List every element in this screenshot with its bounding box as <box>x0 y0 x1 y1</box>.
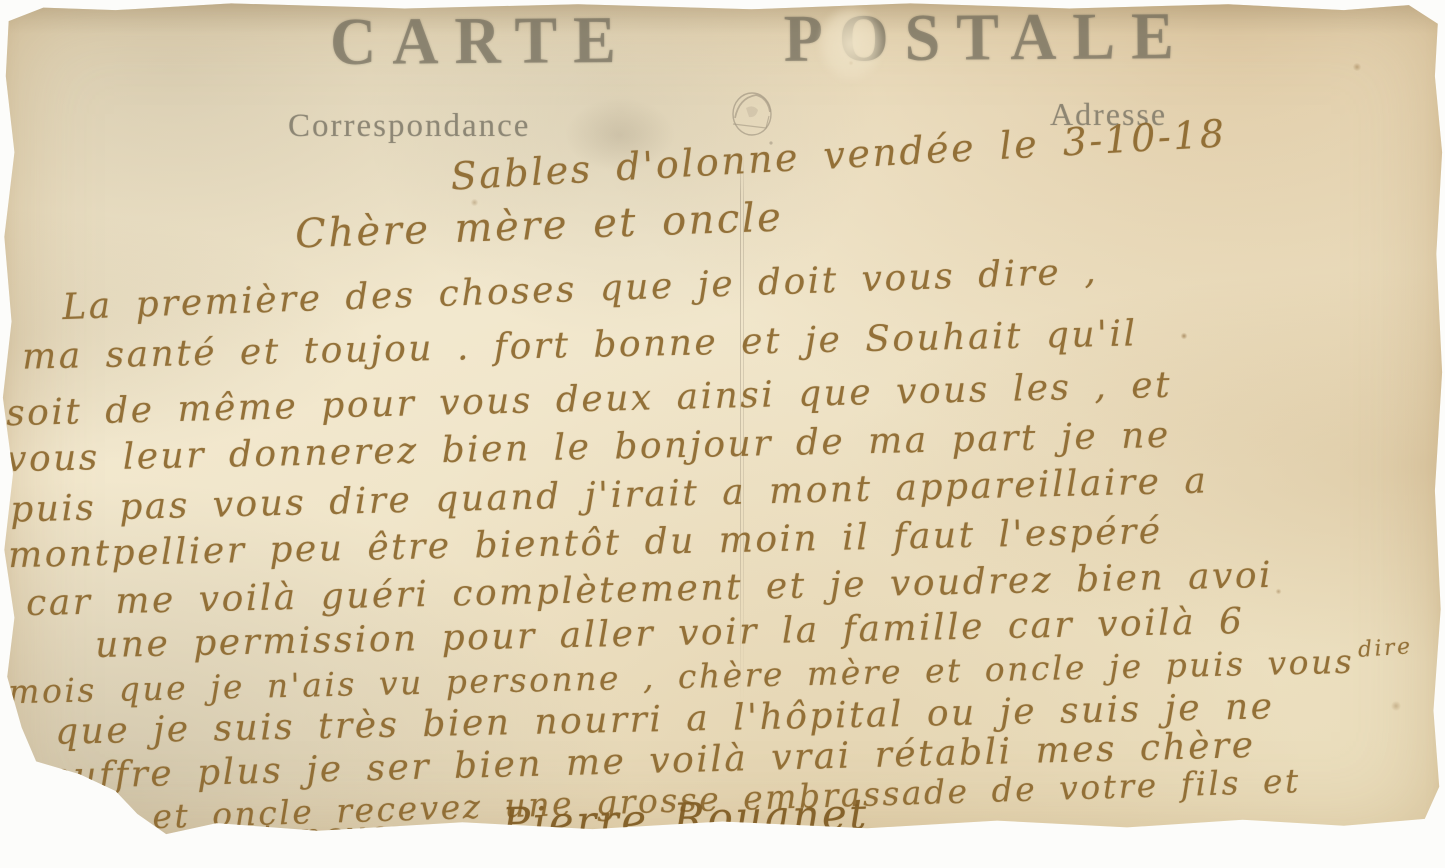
closing-line: et neveu . <box>237 814 451 855</box>
faded-print-patch <box>816 4 886 84</box>
interlined-word: dire <box>1357 636 1413 662</box>
scanned-postcard-back: CARTE POSTALE Correspondance Adresse Sab… <box>0 0 1445 868</box>
postcard-title: CARTE POSTALE <box>330 0 1190 81</box>
signature: Pierre Rouanet <box>502 793 870 845</box>
postcard: CARTE POSTALE Correspondance Adresse Sab… <box>0 0 1445 846</box>
correspondence-label: Correspondance <box>288 108 530 145</box>
